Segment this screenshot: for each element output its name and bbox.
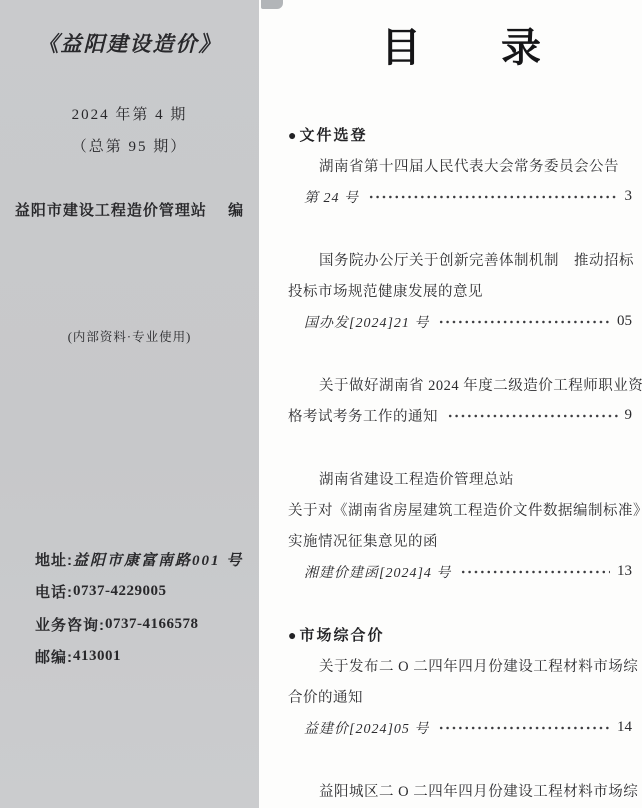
toc-panel: 目 录 ●文件选登湖南省第十四届人民代表大会常务委员会公告第 24 号3国务院办… xyxy=(288,0,634,808)
toc-entry-line: 益阳城区二 O 二四年四月份建设工程材料市场综 xyxy=(288,775,634,806)
section-bullet-icon: ● xyxy=(288,627,296,643)
toc-text: 实施情况征集意见的函 xyxy=(288,530,438,551)
toc-entry-line: 湖南省建设工程造价管理总站 xyxy=(288,463,634,494)
issue-number: 2024 年第 4 期 xyxy=(0,103,259,124)
toc-list: ●文件选登湖南省第十四届人民代表大会常务委员会公告第 24 号3国务院办公厅关于… xyxy=(288,119,634,806)
toc-text: 关于做好湖南省 2024 年度二级造价工程师职业资 xyxy=(319,374,642,395)
scan-artifact xyxy=(261,0,283,9)
toc-spacer xyxy=(288,431,634,463)
dot-leader xyxy=(447,400,618,431)
toc-entry-line: 第 24 号3 xyxy=(288,181,634,212)
contact-address: 地址: 益阳市康富南路001 号 xyxy=(35,543,249,576)
toc-entry-line: 湘建价建函[2024]4 号13 xyxy=(288,556,634,587)
phone-value: 0737-4229005 xyxy=(73,583,167,600)
internal-use-note: (内部资料·专业使用) xyxy=(0,327,259,345)
cover-panel: 《益阳建设造价》 2024 年第 4 期 （总第 95 期） 益阳市建设工程造价… xyxy=(0,0,259,808)
toc-section-header: ●市场综合价 xyxy=(288,619,634,650)
toc-spacer xyxy=(288,743,634,775)
toc-text: 国办发[2024]21 号 xyxy=(304,312,429,332)
toc-text: 湖南省第十四届人民代表大会常务委员会公告 xyxy=(319,155,619,176)
toc-entry-line: 格考试考务工作的通知9 xyxy=(288,400,634,431)
toc-entry-line: 国办发[2024]21 号05 xyxy=(288,306,634,337)
address-label: 地址: xyxy=(35,549,73,570)
page-number: 14 xyxy=(617,719,634,736)
toc-title: 目 录 xyxy=(288,16,634,73)
service-value: 0737-4166578 xyxy=(105,616,199,633)
toc-text: 格考试考务工作的通知 xyxy=(288,405,438,426)
toc-text: 湖南省建设工程造价管理总站 xyxy=(319,468,514,489)
page-number: 05 xyxy=(617,313,634,330)
postcode-value: 413001 xyxy=(73,648,121,665)
toc-text: 文件选登 xyxy=(299,124,367,145)
toc-entry-line: 关于发布二 O 二四年四月份建设工程材料市场综 xyxy=(288,650,634,681)
toc-spacer xyxy=(288,212,634,244)
postcode-label: 邮编: xyxy=(35,646,73,667)
toc-entry-line: 实施情况征集意见的函 xyxy=(288,525,634,556)
dot-leader xyxy=(438,306,610,337)
toc-entry-line: 益建价[2024]05 号14 xyxy=(288,712,634,743)
toc-text: 关于对《湖南省房屋建筑工程造价文件数据编制标准》 xyxy=(288,499,642,520)
dot-leader xyxy=(438,712,610,743)
phone-label: 电话: xyxy=(35,581,73,602)
journal-title: 《益阳建设造价》 xyxy=(0,28,259,58)
toc-text: 关于发布二 O 二四年四月份建设工程材料市场综 xyxy=(319,655,638,676)
toc-text: 益阳城区二 O 二四年四月份建设工程材料市场综 xyxy=(319,780,638,801)
dot-leader xyxy=(460,556,610,587)
contact-service: 业务咨询: 0737-4166578 xyxy=(35,608,249,641)
page-number: 13 xyxy=(617,563,634,580)
page-number: 9 xyxy=(625,407,635,424)
toc-text: 合价的通知 xyxy=(288,686,363,707)
toc-entry-line: 湖南省第十四届人民代表大会常务委员会公告 xyxy=(288,150,634,181)
toc-text: 第 24 号 xyxy=(304,187,359,207)
page-number: 3 xyxy=(625,188,635,205)
issue-total-number: （总第 95 期） xyxy=(0,135,259,156)
toc-entry-line: 关于做好湖南省 2024 年度二级造价工程师职业资 xyxy=(288,369,634,400)
toc-entry-line: 合价的通知 xyxy=(288,681,634,712)
toc-entry-line: 投标市场规范健康发展的意见 xyxy=(288,275,634,306)
toc-entry-line: 国务院办公厅关于创新完善体制机制 推动招标 xyxy=(288,244,634,275)
toc-text: 国务院办公厅关于创新完善体制机制 推动招标 xyxy=(319,249,634,270)
editor-line: 益阳市建设工程造价管理站 编 xyxy=(0,199,259,220)
toc-spacer xyxy=(288,337,634,369)
toc-text: 市场综合价 xyxy=(299,624,384,645)
address-value: 益阳市康富南路001 号 xyxy=(73,549,243,570)
toc-entry-line: 关于对《湖南省房屋建筑工程造价文件数据编制标准》 xyxy=(288,494,634,525)
toc-text: 益建价[2024]05 号 xyxy=(304,718,429,738)
toc-section-header: ●文件选登 xyxy=(288,119,634,150)
toc-text: 湘建价建函[2024]4 号 xyxy=(304,562,451,582)
contact-postcode: 邮编: 413001 xyxy=(35,641,249,674)
service-label: 业务咨询: xyxy=(35,614,105,635)
dot-leader xyxy=(368,181,618,212)
toc-text: 投标市场规范健康发展的意见 xyxy=(288,280,483,301)
section-bullet-icon: ● xyxy=(288,127,296,143)
toc-spacer xyxy=(288,587,634,619)
contact-block: 地址: 益阳市康富南路001 号 电话: 0737-4229005 业务咨询: … xyxy=(35,543,249,673)
contact-phone: 电话: 0737-4229005 xyxy=(35,576,249,609)
